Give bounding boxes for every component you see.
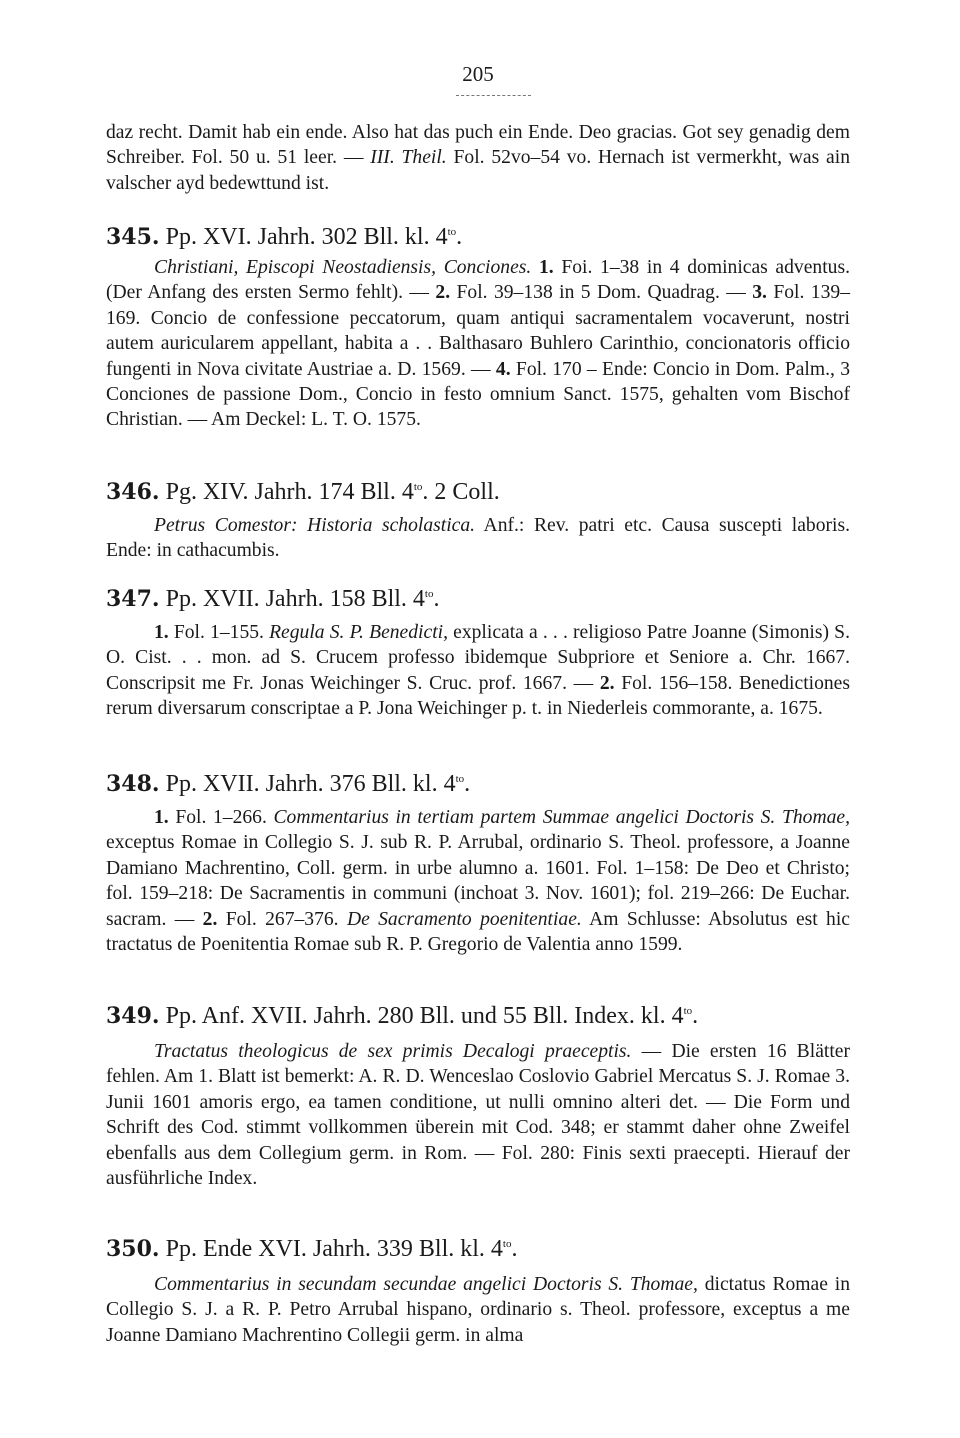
item-number: 1. bbox=[154, 807, 169, 828]
item-number: 1. bbox=[531, 257, 553, 278]
entry-349-body: Tractatus theologicus de sex primis Deca… bbox=[106, 1039, 850, 1191]
entry-348-body: 1. Fol. 1–266. Commentarius in tertiam p… bbox=[106, 805, 850, 957]
item-text: Fol. 1–266. bbox=[169, 807, 274, 828]
entry-head-sup: to bbox=[684, 1005, 693, 1017]
item-number: 4. bbox=[496, 359, 511, 380]
item-number: 1. bbox=[154, 622, 169, 643]
item-number: 2. bbox=[203, 909, 218, 930]
entry-text: — Die ersten 16 Blätter fehlen. Am 1. Bl… bbox=[106, 1041, 850, 1189]
entry-head-tail: . bbox=[456, 224, 462, 250]
entry-head-text: Pp. XVII. Jahrh. 376 Bll. kl. 4 bbox=[160, 771, 456, 797]
entry-350-body: Commentarius in secundam secundae angeli… bbox=[106, 1272, 850, 1348]
page-number: 205 bbox=[106, 62, 850, 86]
entry-head-tail: . bbox=[433, 586, 439, 612]
entry-title: Commentarius in tertiam partem Summae an… bbox=[273, 807, 850, 828]
entry-head-text: Pg. XIV. Jahrh. 174 Bll. 4 bbox=[160, 479, 414, 505]
item-number: 3. bbox=[752, 282, 767, 303]
item-text: Fol. 267–376. bbox=[217, 909, 347, 930]
entry-title: Regula S. P. Benedicti, bbox=[269, 622, 448, 643]
entry-head-text: Pp. Anf. XVII. Jahrh. 280 Bll. und 55 Bl… bbox=[160, 1003, 684, 1029]
entry-title: De Sacramento poenitentiae. bbox=[347, 909, 582, 930]
entry-345-heading: 345. Pp. XVI. Jahrh. 302 Bll. kl. 4to. bbox=[106, 223, 462, 251]
intro-italic: III. Theil. bbox=[370, 147, 446, 168]
entry-number: 345. bbox=[106, 224, 160, 250]
entry-head-tail: . 2 Coll. bbox=[422, 479, 499, 505]
entry-head-sup: to bbox=[456, 773, 465, 785]
entry-head-tail: . bbox=[464, 771, 470, 797]
entry-346-heading: 346. Pg. XIV. Jahrh. 174 Bll. 4to. 2 Col… bbox=[106, 478, 500, 506]
item-text: Fol. 1–155. bbox=[169, 622, 269, 643]
entry-head-text: Pp. XVI. Jahrh. 302 Bll. kl. 4 bbox=[160, 224, 448, 250]
entry-346-body: Petrus Comestor: Historia scholastica. A… bbox=[106, 513, 850, 564]
entry-number: 349. bbox=[106, 1003, 160, 1029]
entry-head-tail: . bbox=[511, 1236, 517, 1262]
entry-head-tail: . bbox=[692, 1003, 698, 1029]
item-number: 2. bbox=[435, 282, 450, 303]
entry-345-body: Christiani, Episcopi Neostadiensis, Conc… bbox=[106, 255, 850, 433]
entry-title: Tractatus theologicus de sex primis Deca… bbox=[154, 1041, 631, 1062]
entry-title: Commentarius in secundam secundae angeli… bbox=[154, 1274, 698, 1295]
entry-number: 348. bbox=[106, 771, 160, 797]
entry-number: 347. bbox=[106, 586, 160, 612]
entry-head-sup: to bbox=[448, 226, 457, 238]
entry-350-heading: 350. Pp. Ende XVI. Jahrh. 339 Bll. kl. 4… bbox=[106, 1235, 517, 1263]
entry-348-heading: 348. Pp. XVII. Jahrh. 376 Bll. kl. 4to. bbox=[106, 770, 470, 798]
page-number-rule bbox=[456, 95, 531, 97]
item-text: Fol. 39–138 in 5 Dom. Quadrag. — bbox=[450, 282, 752, 303]
entry-title: Christiani, Episcopi Neostadiensis, Conc… bbox=[154, 257, 531, 278]
entry-347-heading: 347. Pp. XVII. Jahrh. 158 Bll. 4to. bbox=[106, 585, 439, 613]
entry-head-text: Pp. XVII. Jahrh. 158 Bll. 4 bbox=[160, 586, 425, 612]
intro-paragraph: daz recht. Damit hab ein ende. Also hat … bbox=[106, 120, 850, 196]
entry-349-heading: 349. Pp. Anf. XVII. Jahrh. 280 Bll. und … bbox=[106, 1002, 698, 1030]
item-number: 2. bbox=[600, 673, 615, 694]
entry-number: 350. bbox=[106, 1236, 160, 1262]
entry-title: Petrus Comestor: Historia scholastica. bbox=[154, 515, 475, 536]
entry-number: 346. bbox=[106, 479, 160, 505]
entry-347-body: 1. Fol. 1–155. Regula S. P. Benedicti, e… bbox=[106, 620, 850, 722]
entry-head-text: Pp. Ende XVI. Jahrh. 339 Bll. kl. 4 bbox=[160, 1236, 503, 1262]
